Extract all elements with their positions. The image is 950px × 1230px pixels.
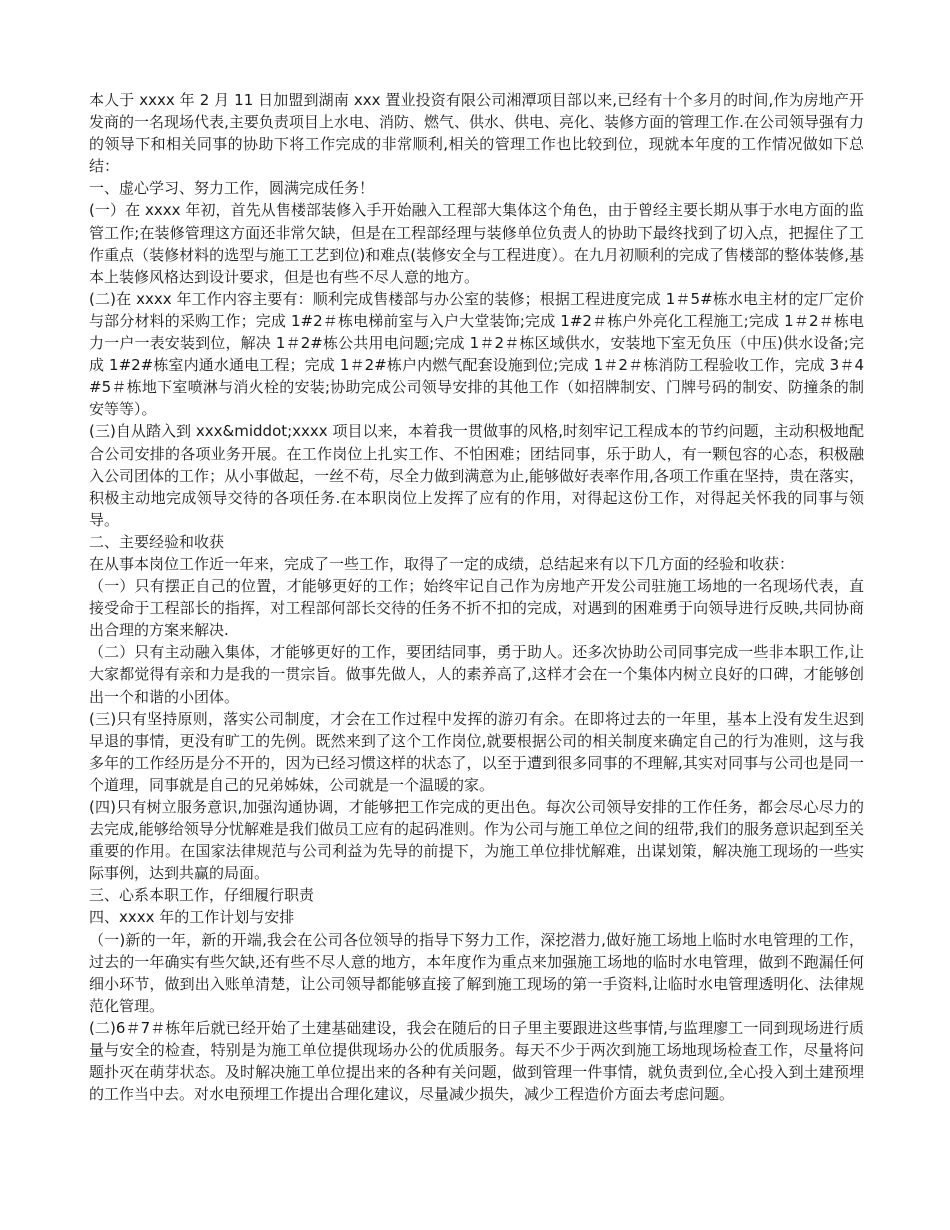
paragraph-2-2: （二）只有主动融入集体，才能够更好的工作，要团结同事，勇于助人。还多次协助公司同… [89,641,864,707]
paragraph-2-1: （一）只有摆正自己的位置，才能够更好的工作；始终牢记自己作为房地产开发公司驻施工… [89,575,864,641]
paragraph-2-3: (三)只有坚持原则，落实公司制度，才会在工作过程中发挥的游刃有余。在即将过去的一… [89,708,864,796]
paragraph-2-intro: 在从事本岗位工作近一年来，完成了一些工作，取得了一定的成绩，总结起来有以下几方面… [89,553,864,575]
section-heading-4: 四、xxxx 年的工作计划与安排 [89,906,864,928]
paragraph-4-1: （一)新的一年，新的开端,我会在公司各位领导的指导下努力工作，深挖潜力,做好施工… [89,929,864,1017]
section-heading-2: 二、主要经验和收获 [89,531,864,553]
paragraph-1-2: (二)在 xxxx 年工作内容主要有：顺利完成售楼部与办公室的装修；根据工程进度… [89,288,864,421]
paragraph-4-2: (二)6＃7＃栋年后就已经开始了土建基础建设，我会在随后的日子里主要跟进这些事情… [89,1017,864,1105]
section-heading-1: 一、虚心学习、努力工作，圆满完成任务！ [89,177,864,199]
section-heading-3: 三、心系本职工作，仔细履行职责 [89,884,864,906]
paragraph-1-3: (三)自从踏入到 xxx&middot;xxxx 项目以来，本着我一贯做事的风格… [89,420,864,530]
paragraph-1-1: (一）在 xxxx 年初，首先从售楼部装修入手开始融入工程部大集体这个角色，由于… [89,199,864,287]
intro-paragraph: 本人于 xxxx 年 2 月 11 日加盟到湖南 xxx 置业投资有限公司湘潭项… [89,89,864,177]
document-page: 本人于 xxxx 年 2 月 11 日加盟到湖南 xxx 置业投资有限公司湘潭项… [89,89,864,1105]
paragraph-2-4: (四)只有树立服务意识,加强沟通协调，才能够把工作完成的更出色。每次公司领导安排… [89,796,864,884]
